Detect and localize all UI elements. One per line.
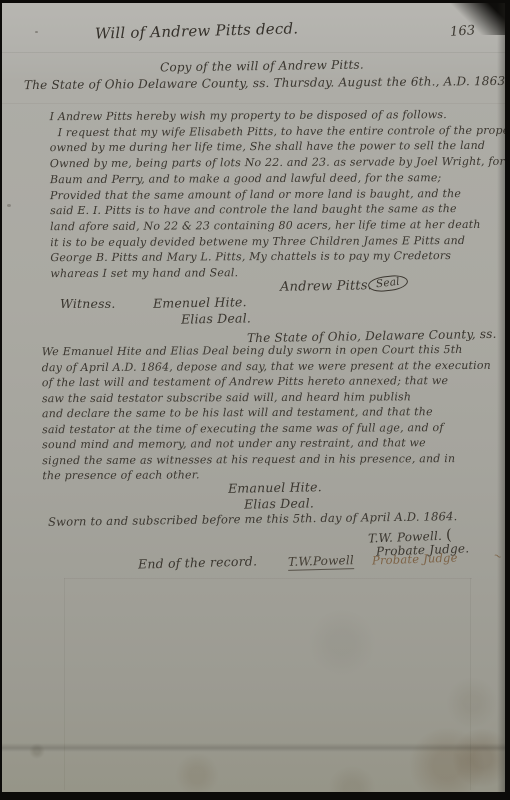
probate-text-line: signed the same as witnesses at his requ…: [42, 450, 504, 468]
paper-speck: [35, 31, 38, 33]
will-text-line: Baum and Perry, and to make a good and l…: [50, 170, 502, 188]
paper-crease-line: [64, 578, 65, 790]
probate-text-line: We Emanuel Hite and Elias Deal being dul…: [42, 342, 504, 360]
paper-crease-line: [64, 578, 472, 579]
photo-edge-right: [505, 0, 510, 800]
paper-speck: [7, 204, 11, 207]
footer-judge-signature: T.W.Powell: [288, 553, 354, 571]
probate-text-line: said testator at the time of executing t…: [42, 419, 504, 437]
probate-text-block: We Emanuel Hite and Elias Deal being dul…: [42, 342, 505, 484]
will-text-line: land afore said, No 22 & 23 containing 8…: [50, 217, 502, 235]
paper-crease-line: [2, 52, 505, 53]
photo-edge-bottom: [0, 792, 510, 800]
testator-signature: Andrew Pitts.: [280, 278, 372, 295]
end-of-record-note: End of the record.: [138, 553, 258, 571]
witness-signature: Emanuel Hite.: [228, 479, 322, 496]
copy-heading: Copy of the will of Andrew Pitts.: [160, 58, 364, 75]
witness-signature: Elias Deal.: [244, 495, 314, 511]
will-text-block: I Andrew Pitts hereby wish my property t…: [50, 107, 503, 282]
probate-text-line: of the last will and testament of Andrew…: [42, 373, 504, 391]
page-fold-shadow: [2, 743, 505, 752]
witness-label: Witness.: [60, 296, 116, 311]
will-text-line: whareas I set my hand and Seal.: [50, 264, 502, 282]
paper-crease-line: [470, 578, 471, 790]
photo-edge-left: [0, 0, 2, 800]
footer-judge-title: Probate Judge: [372, 551, 458, 568]
witness-name: Elias Deal.: [181, 310, 251, 326]
binding-gutter-shadow: [497, 0, 505, 792]
paper-crease-line: [2, 103, 505, 104]
ledger-photo: ~ Will of Andrew Pitts decd. 163 Copy of…: [0, 0, 510, 800]
will-text-line: George B. Pitts and Mary L. Pitts, My ch…: [50, 248, 502, 266]
witness-name: Emenuel Hite.: [153, 294, 247, 311]
photo-edge-top: [0, 0, 510, 3]
